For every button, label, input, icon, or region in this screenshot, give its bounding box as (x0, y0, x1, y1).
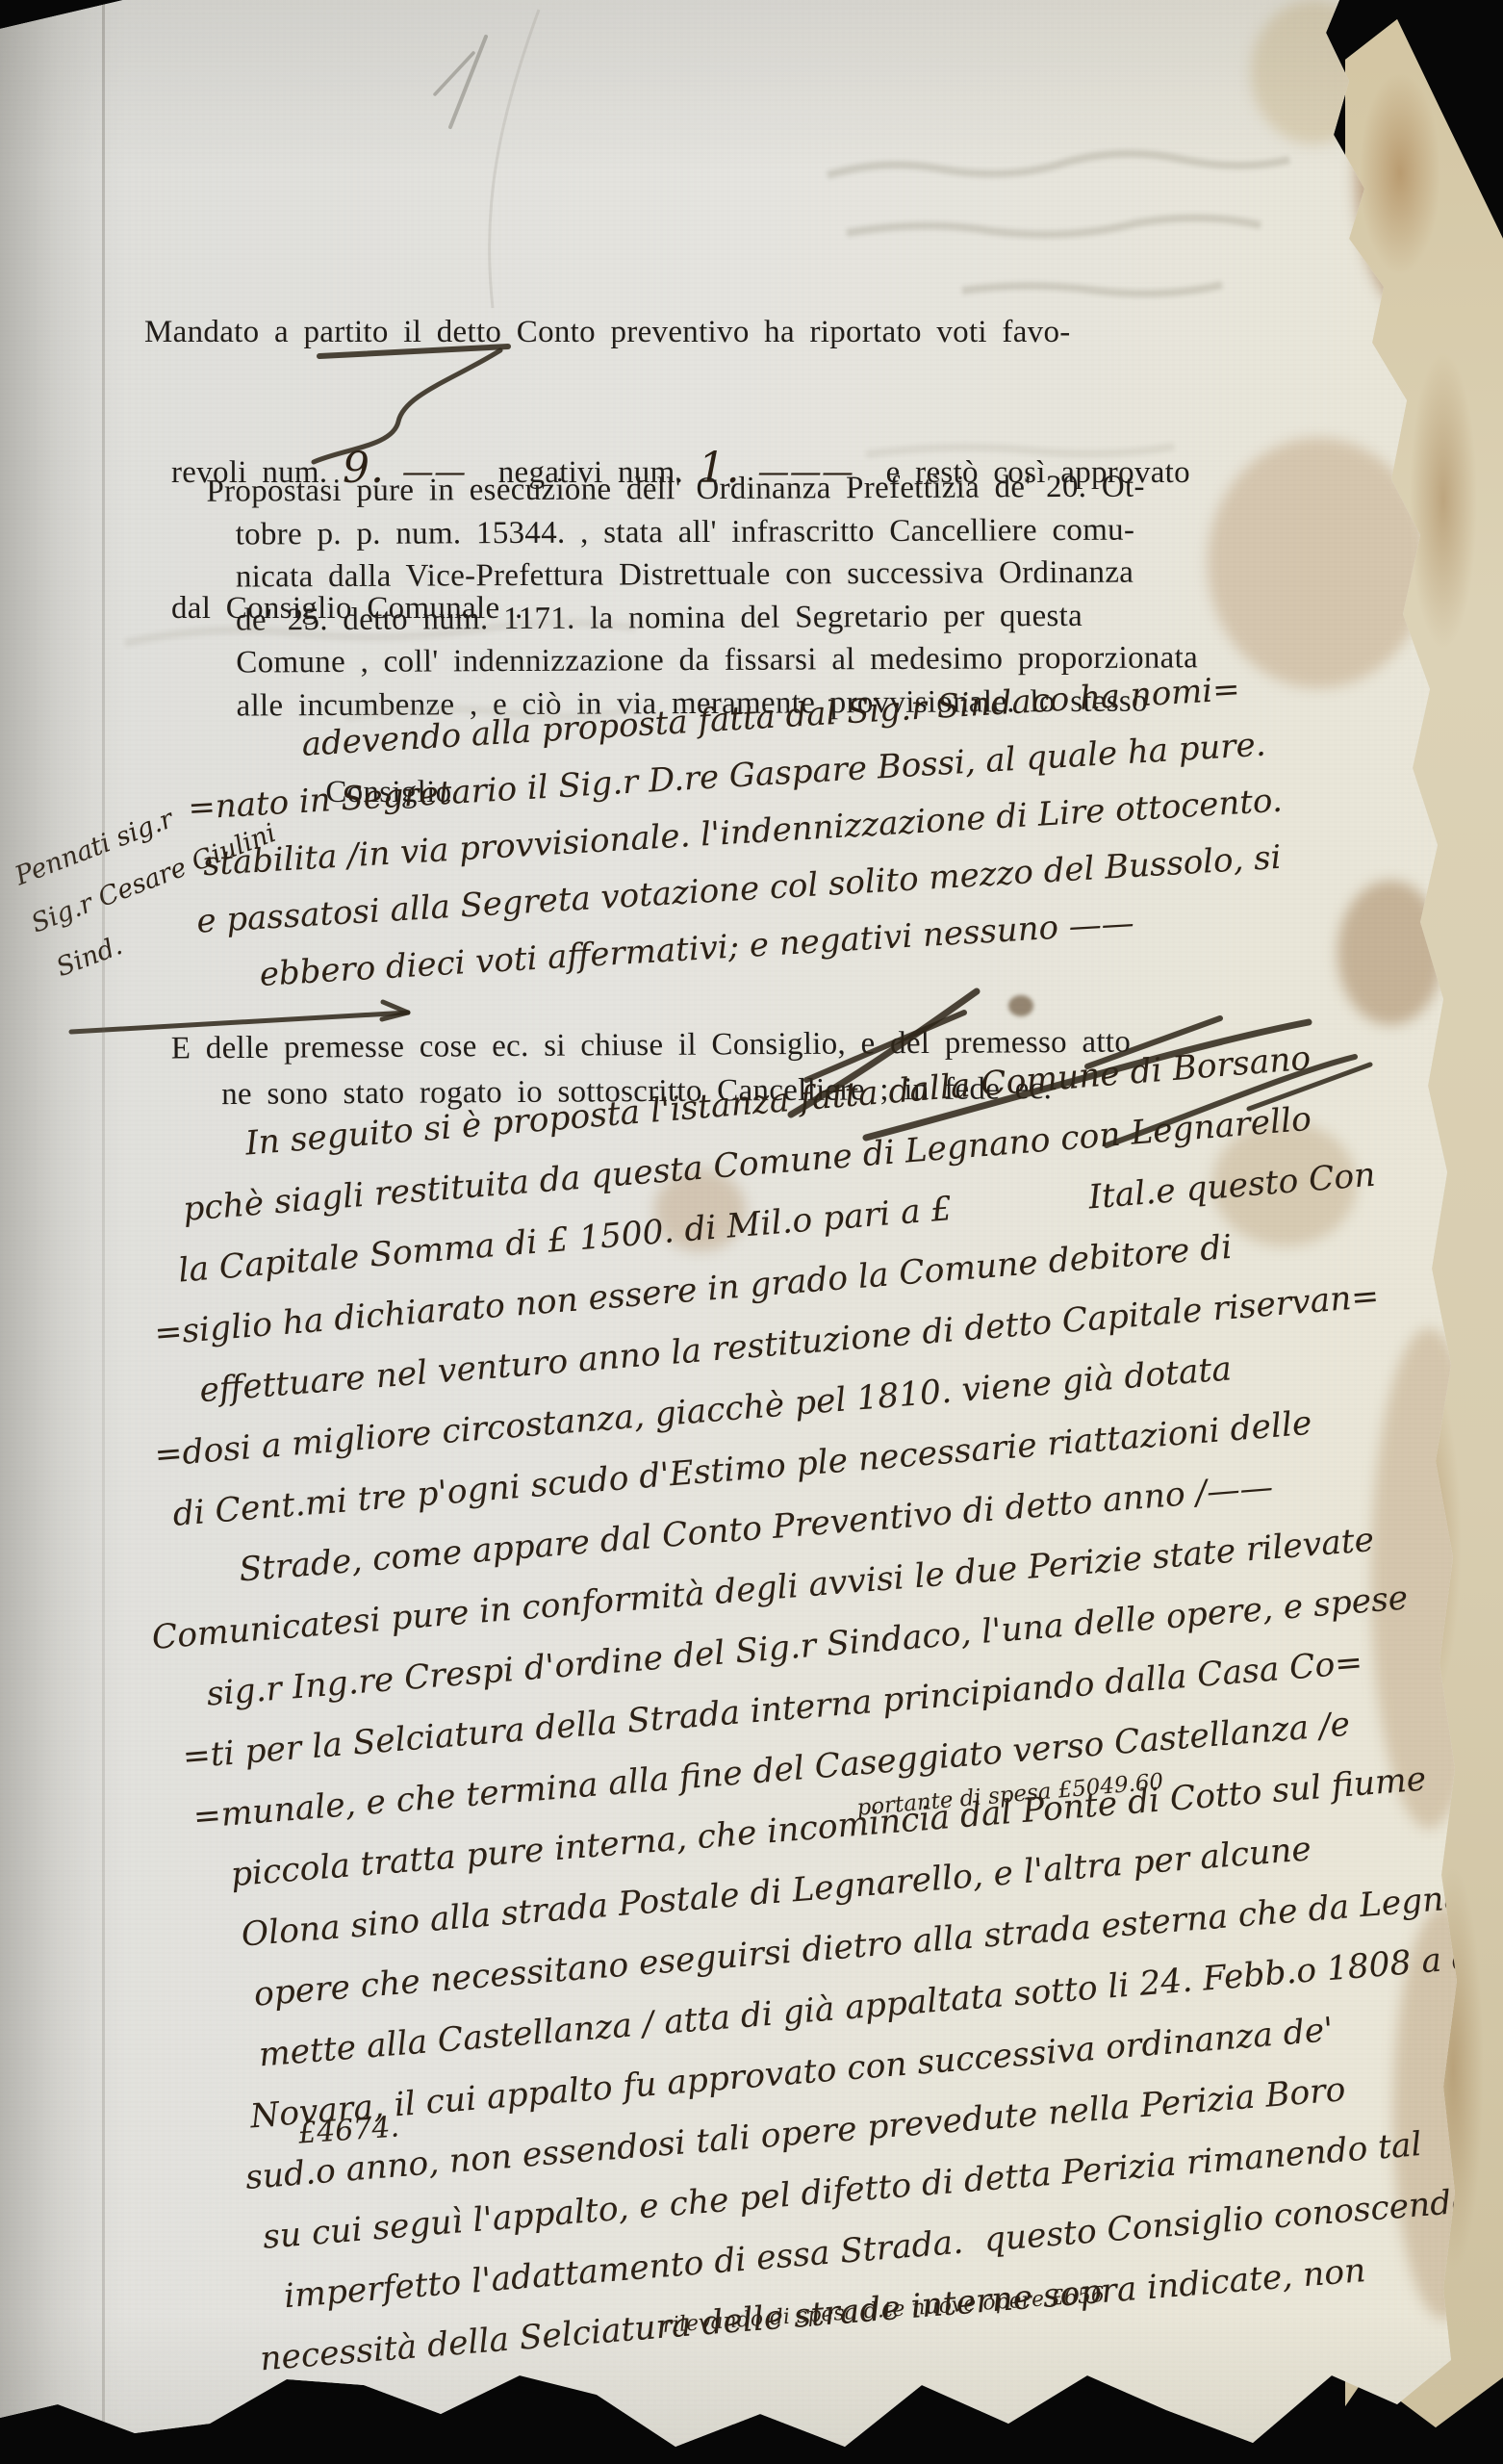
interlinear-amount-note: £4674. (297, 2110, 400, 2150)
ink-blot (1008, 995, 1033, 1016)
left-binding-fold (0, 0, 125, 2464)
printed-line: tobre p. p. num. 15344. , stata all' inf… (207, 508, 1198, 556)
printed-line: nicata dalla Vice-Prefettura Distrettual… (207, 551, 1198, 599)
printed-line: Propostasi pure in esecuzione dell' Ordi… (206, 465, 1197, 513)
handwritten-nomination-block: adevendo alla proposta fatta dal Sig.r S… (300, 659, 1290, 1001)
document-page: Mandato a partito il detto Conto prevent… (0, 0, 1503, 2464)
margin-annotation: Pennati sig.rSig.r Cesare GiuliniSind. (8, 762, 302, 994)
printed-line: Mandato a partito il detto Conto prevent… (144, 310, 1190, 355)
pencil-mark (435, 37, 486, 127)
scanned-document-canvas: Mandato a partito il detto Conto prevent… (0, 0, 1503, 2464)
left-fold-crease-line (102, 0, 105, 2464)
printed-line: de' 25. detto num. 1171. la nomina del S… (207, 594, 1198, 642)
handwritten-resolution-block: In seguito si è proposta l'istanza fatta… (120, 1020, 1503, 2393)
